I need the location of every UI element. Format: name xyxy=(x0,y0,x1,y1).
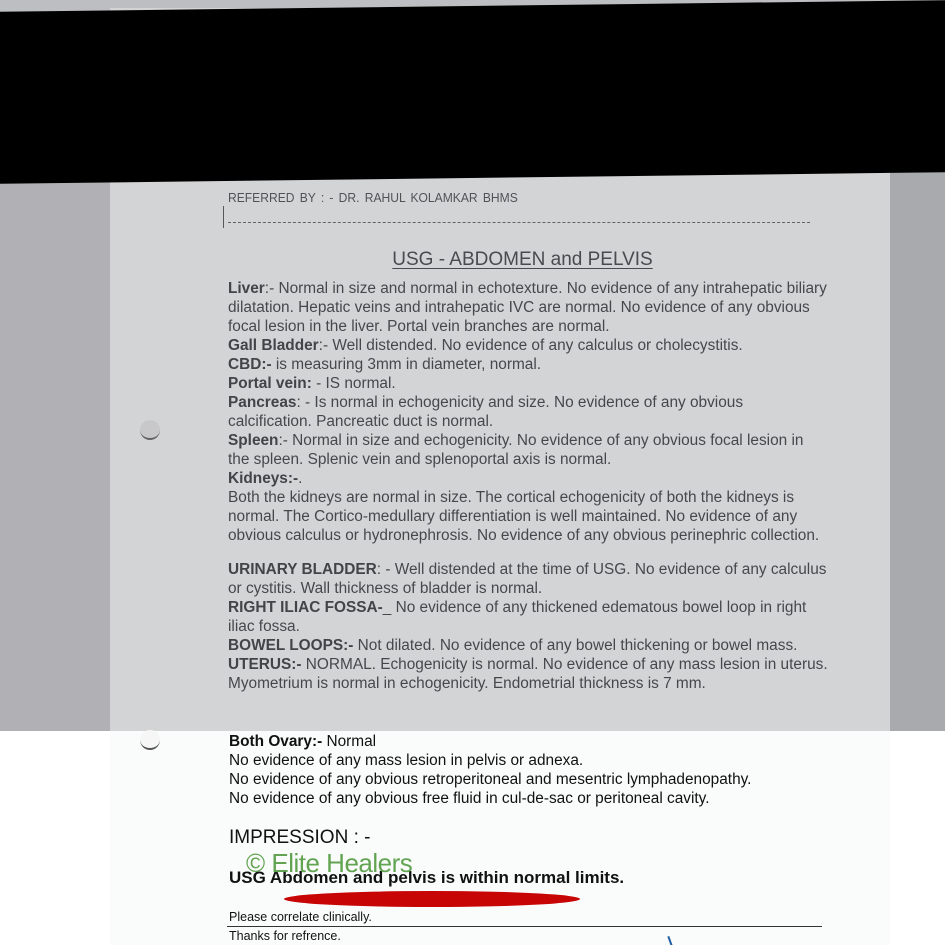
finding-label: Gall Bladder xyxy=(228,337,319,354)
finding-text: Both the kidneys are normal in size. The… xyxy=(228,489,819,544)
finding-label: BOWEL LOOPS:- xyxy=(228,637,353,654)
finding-label: Liver xyxy=(228,280,265,297)
finding-text: :- Well distended. No evidence of any ca… xyxy=(319,337,743,354)
thanks-note: Thanks for refrence. xyxy=(229,929,341,943)
finding-label: CBD:- xyxy=(228,356,272,373)
watermark: © Elite Healers xyxy=(246,848,412,879)
finding-label: Pancreas xyxy=(228,394,296,411)
finding-item: CBD:- is measuring 3mm in diameter, norm… xyxy=(228,355,828,374)
redaction-bar xyxy=(0,0,945,184)
finding-label: UTERUS:- xyxy=(228,656,302,673)
finding-text: : - Is normal in echogenicity and size. … xyxy=(228,394,743,430)
finding-item: Gall Bladder:- Well distended. No eviden… xyxy=(228,336,828,355)
correlate-note: Please correlate clinically. xyxy=(229,910,372,924)
pelvis-findings: Both Ovary:- Normal No evidence of any m… xyxy=(229,732,829,808)
finding-item: URINARY BLADDER: - Well distended at the… xyxy=(228,560,828,598)
finding-item: Pancreas: - Is normal in echogenicity an… xyxy=(228,393,828,431)
finding-text: NORMAL. Echogenicity is normal. No evide… xyxy=(228,656,828,692)
finding-text: . xyxy=(298,470,302,487)
finding-label: RIGHT ILIAC FOSSA- xyxy=(228,599,383,616)
finding-label: Spleen xyxy=(228,432,278,449)
finding-label: Portal vein: xyxy=(228,375,312,392)
finding-text: :- Normal in size and normal in echotext… xyxy=(228,280,827,335)
finding-item: RIGHT ILIAC FOSSA-_ No evidence of any t… xyxy=(228,598,828,636)
finding-line: No evidence of any obvious free fluid in… xyxy=(229,789,829,808)
finding-text: is measuring 3mm in diameter, normal. xyxy=(272,356,541,373)
ovary-line: Both Ovary:- Normal xyxy=(229,732,829,751)
finding-item: Both the kidneys are normal in size. The… xyxy=(228,488,828,545)
ovary-label: Both Ovary:- xyxy=(229,733,322,750)
ovary-value: Normal xyxy=(322,733,376,750)
finding-item: Liver:- Normal in size and normal in ech… xyxy=(228,279,828,336)
finding-item: Spleen:- Normal in size and echogenicity… xyxy=(228,431,828,469)
referred-by: REFERRED BY : - DR. RAHUL KOLAMKAR BHMS xyxy=(228,190,518,205)
red-highlight-mark xyxy=(284,891,580,907)
finding-line: No evidence of any obvious retroperitone… xyxy=(229,770,829,789)
finding-label: Kidneys:- xyxy=(228,470,298,487)
finding-item: BOWEL LOOPS:- Not dilated. No evidence o… xyxy=(228,636,828,655)
finding-label: URINARY BLADDER xyxy=(228,561,377,578)
impression-heading: IMPRESSION : - xyxy=(229,827,370,849)
finding-line: No evidence of any mass lesion in pelvis… xyxy=(229,751,829,770)
report-title: USG - ABDOMEN and PELVIS xyxy=(0,249,945,271)
punch-hole-lower xyxy=(140,730,160,750)
finding-text: :- Normal in size and echogenicity. No e… xyxy=(228,432,803,468)
text-cursor-bar xyxy=(223,206,224,228)
findings-list-2: URINARY BLADDER: - Well distended at the… xyxy=(228,560,828,693)
finding-item: Kidneys:-. xyxy=(228,469,828,488)
finding-text: Not dilated. No evidence of any bowel th… xyxy=(353,637,797,654)
finding-item: UTERUS:- NORMAL. Echogenicity is normal.… xyxy=(228,655,828,693)
findings-list: Liver:- Normal in size and normal in ech… xyxy=(228,279,828,545)
finding-text: - IS normal. xyxy=(312,375,396,392)
findings-section: Liver:- Normal in size and normal in ech… xyxy=(228,279,828,693)
punch-hole-upper xyxy=(140,420,160,440)
finding-item: Portal vein: - IS normal. xyxy=(228,374,828,393)
footer-divider xyxy=(227,926,822,927)
dashed-divider xyxy=(228,210,810,223)
